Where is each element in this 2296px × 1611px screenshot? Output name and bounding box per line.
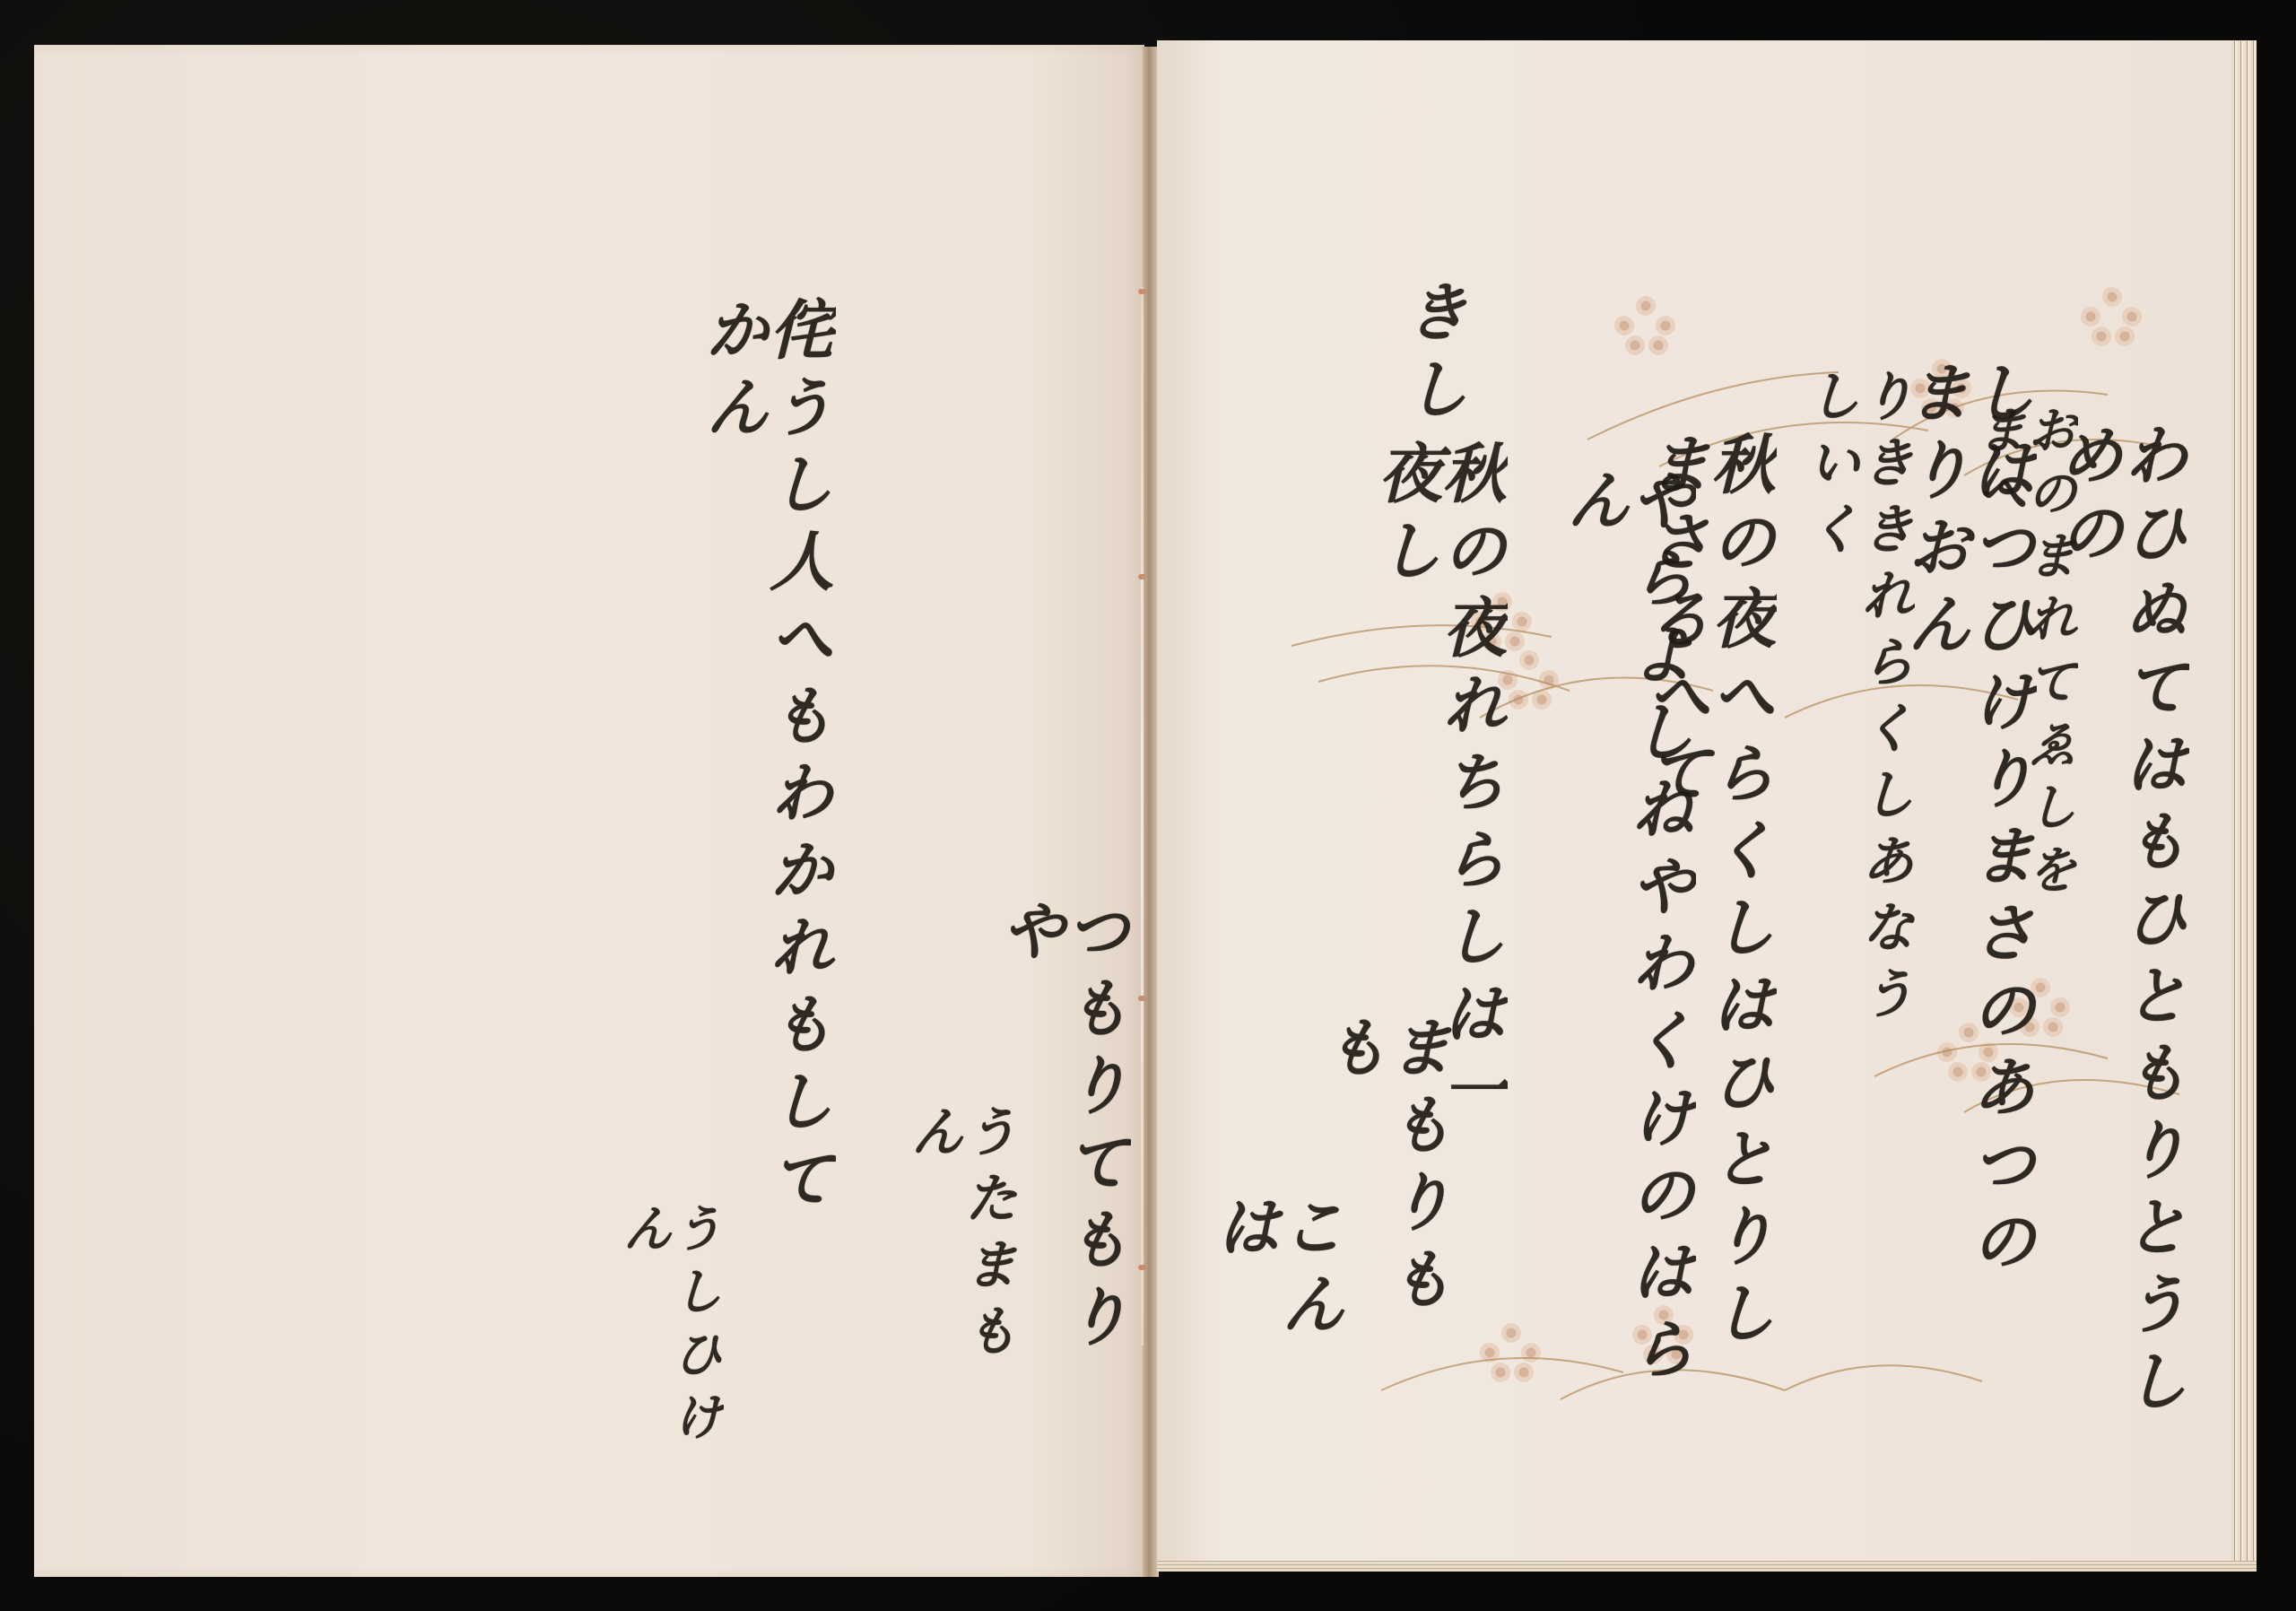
calligraphy-column: しはつひけりまさのあつのまりおん: [1901, 359, 2031, 1345]
page-stack-edge: [2231, 40, 2257, 1565]
binding-stitch: [1138, 574, 1146, 579]
calligraphy-column: やらよしねやわくけのはらん: [1561, 466, 1690, 1408]
binding-stitch: [1138, 996, 1146, 1001]
calligraphy-column: りききれらくしあなうしいく: [1803, 368, 1910, 1085]
binding-thread: [1141, 287, 1144, 1345]
calligraphy-column: うしひけん: [619, 1202, 719, 1471]
binding-stitch: [1138, 1265, 1146, 1270]
calligraphy-column: 侘うし人へもわかれもしてかん: [700, 296, 829, 1283]
binding-stitch: [1138, 289, 1146, 294]
page-stack-bottom-edge: [1157, 1561, 2257, 1572]
calligraphy-column: きし: [1399, 278, 1464, 440]
open-book: 侘うし人へもわかれもしてかん つもりてもりや うたまもん うしひけん: [0, 0, 2296, 1611]
calligraphy-column: うたまもん: [906, 1103, 1013, 1426]
calligraphy-column: こんは: [1211, 1193, 1340, 1408]
